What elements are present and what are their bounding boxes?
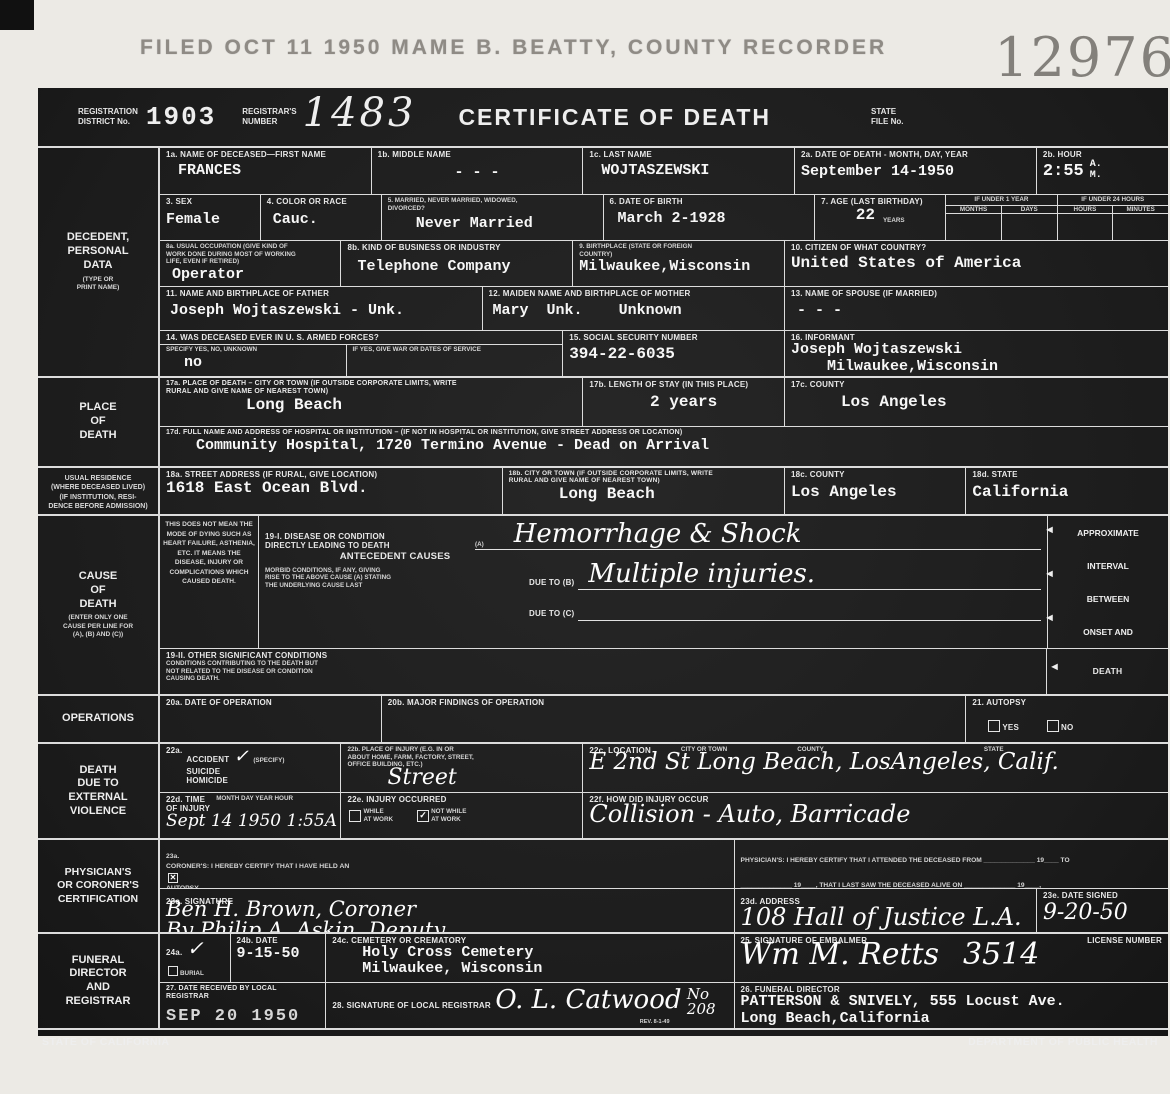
field-operation-date: 20a. DATE OF OPERATION bbox=[160, 696, 382, 742]
specify-label: (SPECIFY) bbox=[253, 757, 284, 764]
armed-forces-service-label: IF YES, GIVE WAR OR DATES OF SERVICE bbox=[353, 346, 557, 354]
row-cause-main: THIS DOES NOT MEAN THE MODE OF DYING SUC… bbox=[160, 516, 1168, 648]
date-received-stamp: SEP 20 1950 bbox=[166, 1007, 319, 1026]
coroner-text-1: CORONER'S: I HEREBY CERTIFY THAT I HAVE … bbox=[166, 863, 349, 870]
field-date-of-death: 2a. DATE OF DEATH - MONTH, DAY, YEAR Sep… bbox=[795, 148, 1037, 194]
months-label: MONTHS bbox=[946, 206, 1001, 215]
sidebar-decedent-label: DECEDENT, PERSONAL DATA bbox=[67, 231, 129, 272]
field-place-city: 17a. PLACE OF DEATH – CITY OR TOWN (IF O… bbox=[160, 378, 583, 426]
section-funeral: FUNERAL DIRECTOR AND REGISTRAR 24a. ✓ BU… bbox=[38, 932, 1168, 1028]
cause-note: THIS DOES NOT MEAN THE MODE OF DYING SUC… bbox=[160, 516, 259, 648]
injury-occurred-label: 22e. INJURY OCCURRED bbox=[347, 795, 576, 804]
middle-name-label: 1b. MIDDLE NAME bbox=[378, 150, 577, 159]
street-address-value: 1618 East Ocean Blvd. bbox=[166, 479, 496, 497]
section-cause-of-death: CAUSE OF DEATH (ENTER ONLY ONE CAUSE PER… bbox=[38, 514, 1168, 694]
field-accident-suicide: 22a. ACCIDENT ✓ (SPECIFY) SUICIDE HOMICI… bbox=[160, 744, 341, 792]
field-color-race: 4. COLOR OR RACE Cauc. bbox=[261, 195, 382, 240]
sidebar-cause-label: CAUSE OF DEATH bbox=[79, 570, 118, 611]
other-conditions-label: 19-II. OTHER SIGNIFICANT CONDITIONS bbox=[166, 651, 1040, 660]
sidebar-funeral: FUNERAL DIRECTOR AND REGISTRAR bbox=[38, 934, 160, 1028]
photo-edge-artifact bbox=[0, 0, 34, 30]
field-injury-location: 22c. LOCATION CITY OR TOWN COUNTY STATE … bbox=[583, 744, 1168, 792]
physician-line-1: PHYSICIAN'S: I HEREBY CERTIFY THAT I ATT… bbox=[741, 855, 1162, 868]
field-date-signed: 23e. DATE SIGNED 9-20-50 bbox=[1037, 889, 1168, 932]
disease-label: 19-I. DISEASE OR CONDITION DIRECTLY LEAD… bbox=[265, 532, 475, 550]
field-hospital: 17d. FULL NAME AND ADDRESS OF HOSPITAL O… bbox=[160, 427, 1168, 466]
sidebar-operations: OPERATIONS bbox=[38, 696, 160, 742]
not-while-at-work-checkbox: ✓ bbox=[417, 810, 429, 822]
section-certification: PHYSICIAN'S OR CORONER'S CERTIFICATION 2… bbox=[38, 838, 1168, 932]
operation-findings-label: 20b. MAJOR FINDINGS OF OPERATION bbox=[388, 698, 960, 707]
field-place-county: 17c. COUNTY Los Angeles bbox=[785, 378, 1168, 426]
field-funeral-director: 26. FUNERAL DIRECTOR PATTERSON & SNIVELY… bbox=[735, 983, 1168, 1028]
field-sex: 3. SEX Female bbox=[160, 195, 261, 240]
cause-b-value: Multiple injuries. bbox=[588, 559, 815, 589]
field-embalmer: 25. SIGNATURE OF EMBALMER LICENSE NUMBER… bbox=[735, 934, 1168, 982]
accident-option-label: ACCIDENT bbox=[186, 755, 229, 764]
signature-value: Ben H. Brown, Coroner By Philip A. Askin… bbox=[166, 899, 728, 932]
residence-city-value: Long Beach bbox=[559, 485, 778, 503]
interval-word: INTERVAL bbox=[1087, 561, 1129, 571]
registration-district-label: REGISTRATION DISTRICT No. bbox=[78, 107, 138, 126]
field-residence-county: 18c. COUNTY Los Angeles bbox=[785, 468, 966, 514]
row-other-conditions: 19-II. OTHER SIGNIFICANT CONDITIONS COND… bbox=[160, 648, 1168, 694]
residence-county-label: 18c. COUNTY bbox=[791, 470, 959, 479]
section-operations: OPERATIONS 20a. DATE OF OPERATION 20b. M… bbox=[38, 694, 1168, 742]
operation-date-label: 20a. DATE OF OPERATION bbox=[166, 698, 375, 707]
field-age: 7. AGE (LAST BIRTHDAY) 22 YEARS bbox=[815, 195, 946, 240]
age-label: 7. AGE (LAST BIRTHDAY) bbox=[821, 197, 939, 206]
age-value: 22 bbox=[856, 206, 875, 224]
section-external-violence: DEATH DUE TO EXTERNAL VIOLENCE 22a. ACCI… bbox=[38, 742, 1168, 838]
field-informant: 16. INFORMANT Joseph Wojtaszewski Milwau… bbox=[785, 331, 1168, 376]
registrar-annotation: No 208 bbox=[687, 987, 716, 1017]
cause-lines: 19-I. DISEASE OR CONDITION DIRECTLY LEAD… bbox=[259, 516, 1047, 648]
row-sex-race-birth: 3. SEX Female 4. COLOR OR RACE Cauc. 5. … bbox=[160, 194, 1168, 240]
field-first-name: 1a. NAME OF DECEASED—FIRST NAME FRANCES bbox=[160, 148, 372, 194]
field-time-of-injury: 22d. TIME OF INJURY MONTH DAY YEAR HOUR … bbox=[160, 793, 341, 838]
place-of-injury-value: Street bbox=[387, 765, 576, 790]
address-value: 108 Hall of Justice L.A. bbox=[741, 903, 1030, 931]
field-coroner-statement: 23a. CORONER'S: I HEREBY CERTIFY THAT I … bbox=[160, 840, 735, 888]
sidebar-cause-sub: (ENTER ONLY ONE CAUSE PER LINE FOR (A), … bbox=[63, 614, 133, 639]
spouse-label: 13. NAME OF SPOUSE (IF MARRIED) bbox=[791, 289, 1162, 298]
field-cemetery: 24c. CEMETERY OR CREMATORY Holy Cross Ce… bbox=[326, 934, 734, 982]
license-number-value: 3514 bbox=[963, 937, 1039, 972]
field-residence-state: 18d. STATE California bbox=[966, 468, 1168, 514]
interval-column: ◄ ◄ ◄ APPROXIMATE INTERVAL BETWEEN ONSET… bbox=[1047, 516, 1168, 648]
state-file-label: STATE FILE No. bbox=[871, 107, 903, 126]
burial-option-label: BURIAL bbox=[180, 970, 204, 977]
interval-arrow-icon: ◄ bbox=[1044, 612, 1055, 624]
sex-value: Female bbox=[166, 211, 254, 228]
mother-value: Mary Unk. Unknown bbox=[493, 302, 778, 319]
interval-arrow-icon: ◄ bbox=[1044, 568, 1055, 580]
field-physician-statement: PHYSICIAN'S: I HEREBY CERTIFY THAT I ATT… bbox=[735, 840, 1168, 888]
hour-value: 2:55 bbox=[1043, 162, 1084, 181]
hours-label: HOURS bbox=[1058, 206, 1113, 215]
row-name-date: 1a. NAME OF DECEASED—FIRST NAME FRANCES … bbox=[160, 148, 1168, 194]
length-of-stay-value: 2 years bbox=[589, 393, 778, 411]
date-of-death-label: 2a. DATE OF DEATH - MONTH, DAY, YEAR bbox=[801, 150, 1030, 159]
sidebar-operations-label: OPERATIONS bbox=[62, 712, 134, 726]
due-to-b-label: DUE TO (B) bbox=[529, 578, 574, 587]
embalmer-signature-value: Wm M. Retts bbox=[741, 937, 939, 972]
sidebar-decedent: DECEDENT, PERSONAL DATA (TYPE OR PRINT N… bbox=[38, 148, 160, 376]
section-residence: USUAL RESIDENCE (WHERE DECEASED LIVED) (… bbox=[38, 466, 1168, 514]
days-label: DAYS bbox=[1002, 206, 1057, 215]
form-revision-label: REV. 8-1-49 bbox=[640, 1019, 670, 1026]
funeral-director-value: PATTERSON & SNIVELY, 555 Locust Ave. Lon… bbox=[741, 994, 1162, 1027]
row-injury-2: 22d. TIME OF INJURY MONTH DAY YEAR HOUR … bbox=[160, 792, 1168, 838]
date-signed-label: 23e. DATE SIGNED bbox=[1043, 891, 1162, 900]
marital-label: 5. MARRIED, NEVER MARRIED, WIDOWED, DIVO… bbox=[388, 197, 597, 212]
first-name-label: 1a. NAME OF DECEASED—FIRST NAME bbox=[166, 150, 365, 159]
residence-city-label: 18b. CITY OR TOWN (IF OUTSIDE CORPORATE … bbox=[509, 470, 778, 485]
field-date-received: 27. DATE RECEIVED BY LOCAL REGISTRAR SEP… bbox=[160, 983, 326, 1028]
occupation-label: 8a. USUAL OCCUPATION (GIVE KIND OF WORK … bbox=[166, 243, 334, 266]
occupation-value: Operator bbox=[172, 266, 334, 283]
due-to-c-label: DUE TO (C) bbox=[529, 609, 574, 618]
hospital-value: Community Hospital, 1720 Termino Avenue … bbox=[196, 437, 1162, 454]
coroner-autopsy-checkbox: ✕ bbox=[168, 873, 178, 883]
field-length-of-stay: 17b. LENGTH OF STAY (IN THIS PLACE) 2 ye… bbox=[583, 378, 785, 426]
sidebar-cause: CAUSE OF DEATH (ENTER ONLY ONE CAUSE PER… bbox=[38, 516, 160, 694]
field-street-address: 18a. STREET ADDRESS (IF RURAL, GIVE LOCA… bbox=[160, 468, 503, 514]
residence-state-value: California bbox=[972, 483, 1162, 501]
sidebar-place-label: PLACE OF DEATH bbox=[79, 401, 116, 442]
first-name-value: FRANCES bbox=[178, 162, 365, 179]
field-injury-occurred: 22e. INJURY OCCURRED WHILE AT WORK ✓NOT … bbox=[341, 793, 583, 838]
father-label: 11. NAME AND BIRTHPLACE OF FATHER bbox=[166, 289, 476, 298]
hospital-label: 17d. FULL NAME AND ADDRESS OF HOSPITAL O… bbox=[166, 429, 1162, 437]
father-value: Joseph Wojtaszewski - Unk. bbox=[170, 302, 476, 319]
cemetery-value: Holy Cross Cemetery Milwaukee, Wisconsin bbox=[362, 945, 727, 977]
field-ssn: 15. SOCIAL SECURITY NUMBER 394-22-6035 bbox=[563, 331, 785, 376]
armed-forces-specify-label: SPECIFY YES, NO, UNKNOWN bbox=[166, 346, 340, 354]
field-autopsy: 21. AUTOPSY YES NO bbox=[966, 696, 1168, 742]
street-address-label: 18a. STREET ADDRESS (IF RURAL, GIVE LOCA… bbox=[166, 470, 496, 479]
row-certify-signature: 23c. SIGNATURE Ben H. Brown, Coroner By … bbox=[160, 888, 1168, 932]
row-certify-statements: 23a. CORONER'S: I HEREBY CERTIFY THAT I … bbox=[160, 840, 1168, 888]
field-burial-date: 24b. DATE 9-15-50 bbox=[231, 934, 327, 982]
field-place-of-injury: 22b. PLACE OF INJURY (E.G. IN OR ABOUT H… bbox=[341, 744, 583, 792]
registrars-number-value: 1483 bbox=[303, 90, 417, 136]
armed-forces-label: 14. WAS DECEASED EVER IN U. S. ARMED FOR… bbox=[160, 331, 562, 345]
armed-forces-value: no bbox=[184, 354, 340, 371]
cause-a-value: Hemorrhage & Shock bbox=[514, 519, 802, 549]
sidebar-violence-label: DEATH DUE TO EXTERNAL VIOLENCE bbox=[68, 764, 127, 819]
residence-state-label: 18d. STATE bbox=[972, 470, 1162, 479]
sidebar-certification-label: PHYSICIAN'S OR CORONER'S CERTIFICATION bbox=[57, 866, 139, 905]
residence-county-value: Los Angeles bbox=[791, 483, 959, 501]
recorder-file-number: 12976 bbox=[994, 26, 1170, 89]
row-hospital: 17d. FULL NAME AND ADDRESS OF HOSPITAL O… bbox=[160, 426, 1168, 466]
middle-name-value: - - - bbox=[378, 164, 577, 181]
death-certificate-document: REGISTRATION DISTRICT No. 1903 REGISTRAR… bbox=[38, 88, 1168, 1036]
sidebar-funeral-label: FUNERAL DIRECTOR AND REGISTRAR bbox=[66, 954, 131, 1009]
accident-checkmark: ✓ bbox=[234, 746, 249, 767]
field-last-name: 1c. LAST NAME WOJTASZEWSKI bbox=[583, 148, 795, 194]
date-of-death-value: September 14-1950 bbox=[801, 163, 1030, 180]
age-unit-label: YEARS bbox=[883, 217, 905, 225]
industry-label: 8b. KIND OF BUSINESS OR INDUSTRY bbox=[347, 243, 566, 252]
interval-word: ONSET AND bbox=[1083, 627, 1133, 637]
birthplace-label: 9. BIRTHPLACE (STATE OR FOREIGN COUNTRY) bbox=[579, 243, 778, 258]
color-race-label: 4. COLOR OR RACE bbox=[267, 197, 375, 206]
under-24-hours-label: IF UNDER 24 HOURS bbox=[1058, 195, 1168, 206]
interval-word: APPROXIMATE bbox=[1077, 528, 1139, 538]
burial-date-label: 24b. DATE bbox=[237, 936, 320, 945]
not-while-at-work-label: NOT WHILE AT WORK bbox=[431, 808, 466, 823]
row-injury-1: 22a. ACCIDENT ✓ (SPECIFY) SUICIDE HOMICI… bbox=[160, 744, 1168, 792]
field-spouse: 13. NAME OF SPOUSE (IF MARRIED) - - - bbox=[785, 287, 1168, 330]
field-armed-forces: 14. WAS DECEASED EVER IN U. S. ARMED FOR… bbox=[160, 331, 563, 376]
citizen-value: United States of America bbox=[791, 254, 1162, 272]
spouse-value: - - - bbox=[797, 302, 1162, 319]
antecedent-title: ANTECEDENT CAUSES bbox=[265, 552, 525, 563]
physician-line-2: ______________ 19____, THAT I LAST SAW T… bbox=[741, 880, 1162, 888]
sidebar-residence: USUAL RESIDENCE (WHERE DECEASED LIVED) (… bbox=[38, 468, 160, 514]
ssn-label: 15. SOCIAL SECURITY NUMBER bbox=[569, 333, 778, 342]
row-armed-forces: 14. WAS DECEASED EVER IN U. S. ARMED FOR… bbox=[160, 330, 1168, 376]
suicide-option-label: SUICIDE bbox=[186, 767, 284, 776]
field-burial-type: 24a. ✓ BURIAL CREMATION REMOVAL bbox=[160, 934, 231, 982]
section-place-of-death: PLACE OF DEATH 17a. PLACE OF DEATH – CIT… bbox=[38, 376, 1168, 466]
last-name-label: 1c. LAST NAME bbox=[589, 150, 788, 159]
minutes-label: MINUTES bbox=[1113, 206, 1168, 215]
interval-death-label: DEATH bbox=[1093, 667, 1123, 677]
antecedent-note: MORBID CONDITIONS, IF ANY, GIVING RISE T… bbox=[265, 567, 525, 590]
sidebar-residence-label: USUAL RESIDENCE (WHERE DECEASED LIVED) (… bbox=[48, 474, 147, 510]
field-age-under: IF UNDER 1 YEAR MONTHS DAYS bbox=[946, 195, 1168, 240]
certificate-grid: DECEDENT, PERSONAL DATA (TYPE OR PRINT N… bbox=[38, 146, 1168, 1030]
field-middle-name: 1b. MIDDLE NAME - - - bbox=[372, 148, 584, 194]
state-of-california-label: STATE OF CALIFORNIA bbox=[42, 1036, 170, 1048]
how-injury-value: Collision - Auto, Barricade bbox=[589, 800, 1162, 828]
sidebar-violence: DEATH DUE TO EXTERNAL VIOLENCE bbox=[38, 744, 160, 838]
other-conditions-sub: CONDITIONS CONTRIBUTING TO THE DEATH BUT… bbox=[166, 660, 1040, 683]
birthplace-value: Milwaukee,Wisconsin bbox=[579, 258, 778, 275]
sidebar-decedent-sub: (TYPE OR PRINT NAME) bbox=[77, 276, 120, 293]
license-number-label: LICENSE NUMBER bbox=[1087, 936, 1162, 945]
field-industry: 8b. KIND OF BUSINESS OR INDUSTRY Telepho… bbox=[341, 241, 573, 286]
filed-stamp: FILED OCT 11 1950 MAME B. BEATTY, COUNTY… bbox=[140, 36, 940, 60]
autopsy-no-label: NO bbox=[1061, 723, 1073, 732]
place-city-value: Long Beach bbox=[246, 396, 576, 414]
accident-number-label: 22a. bbox=[166, 746, 182, 785]
row-residence: 18a. STREET ADDRESS (IF RURAL, GIVE LOCA… bbox=[160, 468, 1168, 514]
burial-checkmark: ✓ bbox=[187, 936, 204, 960]
under-1-year-label: IF UNDER 1 YEAR bbox=[946, 195, 1056, 206]
field-residence-city: 18b. CITY OR TOWN (IF OUTSIDE CORPORATE … bbox=[503, 468, 785, 514]
sidebar-certification: PHYSICIAN'S OR CORONER'S CERTIFICATION bbox=[38, 840, 160, 932]
date-signed-value: 9-20-50 bbox=[1043, 900, 1162, 925]
birth-date-label: 6. DATE OF BIRTH bbox=[610, 197, 809, 206]
field-hour-of-death: 2b. HOUR 2:55 A. M. bbox=[1037, 148, 1168, 194]
field-father: 11. NAME AND BIRTHPLACE OF FATHER Joseph… bbox=[160, 287, 483, 330]
autopsy-yes-checkbox bbox=[988, 720, 1000, 732]
sidebar-place-of-death: PLACE OF DEATH bbox=[38, 378, 160, 466]
place-city-label: 17a. PLACE OF DEATH – CITY OR TOWN (IF O… bbox=[166, 380, 576, 396]
autopsy-yes-label: YES bbox=[1002, 723, 1019, 732]
last-name-value: WOJTASZEWSKI bbox=[601, 162, 788, 179]
row-registrar: 27. DATE RECEIVED BY LOCAL REGISTRAR SEP… bbox=[160, 982, 1168, 1028]
field-mother: 12. MAIDEN NAME AND BIRTHPLACE OF MOTHER… bbox=[483, 287, 785, 330]
field-coroner-address: 23d. ADDRESS 108 Hall of Justice L.A. bbox=[735, 889, 1037, 932]
field-operation-findings: 20b. MAJOR FINDINGS OF OPERATION bbox=[382, 696, 967, 742]
registrar-signature-value: O. L. Catwood bbox=[495, 985, 681, 1015]
place-county-value: Los Angeles bbox=[841, 393, 1162, 411]
ssn-value: 394-22-6035 bbox=[569, 345, 778, 363]
interval-death-cell: ◄ DEATH bbox=[1047, 649, 1168, 694]
field-citizen: 10. CITIZEN OF WHAT COUNTRY? United Stat… bbox=[785, 241, 1168, 286]
time-of-injury-value: Sept 14 1950 1:55A bbox=[166, 811, 334, 831]
burial-checkbox bbox=[168, 966, 178, 976]
department-of-public-health-label: DEPARTMENT OF PUBLIC HEALTH bbox=[968, 1036, 1158, 1048]
registrars-number-label: REGISTRAR'S NUMBER bbox=[242, 107, 296, 126]
certificate-header: REGISTRATION DISTRICT No. 1903 REGISTRAR… bbox=[38, 88, 1168, 146]
mother-label: 12. MAIDEN NAME AND BIRTHPLACE OF MOTHER bbox=[489, 289, 778, 298]
burial-number-label: 24a. bbox=[166, 948, 182, 957]
hour-am: A. bbox=[1090, 159, 1102, 170]
row-place-of-death: 17a. PLACE OF DEATH – CITY OR TOWN (IF O… bbox=[160, 378, 1168, 426]
field-other-conditions: 19-II. OTHER SIGNIFICANT CONDITIONS COND… bbox=[160, 649, 1047, 694]
field-date-of-birth: 6. DATE OF BIRTH March 2-1928 bbox=[604, 195, 816, 240]
registrar-signature-label: 28. SIGNATURE OF LOCAL REGISTRAR bbox=[332, 1001, 491, 1010]
row-occupation: 8a. USUAL OCCUPATION (GIVE KIND OF WORK … bbox=[160, 240, 1168, 286]
field-coroner-signature: 23c. SIGNATURE Ben H. Brown, Coroner By … bbox=[160, 889, 735, 932]
interval-word: BETWEEN bbox=[1087, 594, 1130, 604]
informant-value: Joseph Wojtaszewski Milwaukee,Wisconsin bbox=[791, 342, 1162, 375]
while-at-work-label: WHILE AT WORK bbox=[363, 808, 393, 823]
document-footer: STATE OF CALIFORNIA DEPARTMENT OF PUBLIC… bbox=[38, 1030, 1168, 1054]
sex-label: 3. SEX bbox=[166, 197, 254, 206]
field-registrar-signature: 28. SIGNATURE OF LOCAL REGISTRAR O. L. C… bbox=[326, 983, 734, 1028]
place-county-label: 17c. COUNTY bbox=[791, 380, 1162, 389]
line-a-prefix: (A) bbox=[475, 541, 484, 549]
homicide-option-label: HOMICIDE bbox=[186, 776, 284, 785]
color-race-value: Cauc. bbox=[273, 211, 375, 228]
hour-label: 2b. HOUR bbox=[1043, 150, 1162, 159]
while-at-work-checkbox bbox=[349, 810, 361, 822]
field-how-injury-occurred: 22f. HOW DID INJURY OCCUR Collision - Au… bbox=[583, 793, 1168, 838]
field-birthplace: 9. BIRTHPLACE (STATE OR FOREIGN COUNTRY)… bbox=[573, 241, 785, 286]
certificate-title: CERTIFICATE OF DEATH bbox=[458, 104, 771, 131]
row-burial: 24a. ✓ BURIAL CREMATION REMOVAL 24b. DAT… bbox=[160, 934, 1168, 982]
coroner-autopsy-label: AUTOPSY, bbox=[166, 885, 200, 888]
hour-pm: M. bbox=[1090, 170, 1102, 181]
registration-district-value: 1903 bbox=[146, 102, 216, 132]
marital-value: Never Married bbox=[416, 215, 597, 232]
interval-arrow-icon: ◄ bbox=[1049, 661, 1060, 673]
date-received-label: 27. DATE RECEIVED BY LOCAL REGISTRAR bbox=[166, 985, 319, 1001]
birth-date-value: March 2-1928 bbox=[618, 210, 809, 227]
row-operations: 20a. DATE OF OPERATION 20b. MAJOR FINDIN… bbox=[160, 696, 1168, 742]
coroner-number-label: 23a. bbox=[166, 853, 179, 860]
field-occupation: 8a. USUAL OCCUPATION (GIVE KIND OF WORK … bbox=[160, 241, 341, 286]
row-parents: 11. NAME AND BIRTHPLACE OF FATHER Joseph… bbox=[160, 286, 1168, 330]
industry-value: Telephone Company bbox=[357, 258, 566, 275]
field-marital-status: 5. MARRIED, NEVER MARRIED, WIDOWED, DIVO… bbox=[382, 195, 604, 240]
interval-arrow-icon: ◄ bbox=[1044, 524, 1055, 536]
location-value: E 2nd St Long Beach, LosAngeles, Calif. bbox=[589, 749, 1162, 775]
length-of-stay-label: 17b. LENGTH OF STAY (IN THIS PLACE) bbox=[589, 380, 778, 389]
burial-date-value: 9-15-50 bbox=[237, 945, 320, 962]
autopsy-label: 21. AUTOPSY bbox=[972, 698, 1162, 707]
section-decedent: DECEDENT, PERSONAL DATA (TYPE OR PRINT N… bbox=[38, 148, 1168, 376]
autopsy-no-checkbox bbox=[1047, 720, 1059, 732]
citizen-label: 10. CITIZEN OF WHAT COUNTRY? bbox=[791, 243, 1162, 252]
